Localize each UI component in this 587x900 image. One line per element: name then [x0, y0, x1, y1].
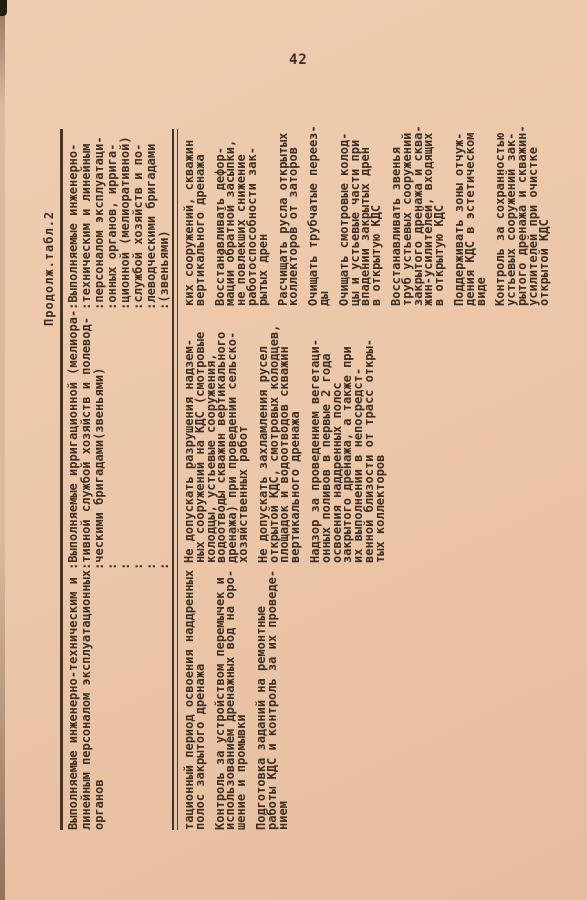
- table-cell-paragraph: Расчищать русла открытыхколлекторов от з…: [278, 124, 300, 306]
- table-top-rule: [60, 129, 63, 830]
- header-separator-rule: [172, 129, 178, 830]
- table-cell-paragraph: Контроль за сохранностьюустьевых сооруже…: [495, 124, 549, 306]
- scan-edge-shadow: [0, 0, 5, 900]
- table-continuation-label-wrap: Продолж.табл.2: [42, 204, 60, 326]
- table-cell-paragraph: Не допускать разрушения надзем-ных соору…: [184, 307, 249, 563]
- table-cell-paragraph: Подготовка заданий на ремонтныеработы КД…: [256, 568, 288, 830]
- table-cell-paragraph: ких сооружений, скважинвертикального дре…: [184, 124, 206, 306]
- table-cell-paragraph: Восстанавливать дефор-мации обратной зас…: [215, 124, 269, 306]
- table-cell-paragraph: тационный период освоения наддренныхполо…: [184, 568, 206, 830]
- table-column-joint-duties: ких сооружений, скважинвертикального дре…: [184, 124, 558, 306]
- table-cell-paragraph: Не допускать захламления руселоткрытой К…: [258, 307, 301, 563]
- table-column-irrigation-service: Не допускать разрушения надзем-ных соору…: [184, 307, 395, 563]
- table-cell-paragraph: Поддерживать зоны отчуж-дения КДС в эсте…: [454, 124, 486, 306]
- table-cell-paragraph: Очищать смотровые колод-цы и устьевые ча…: [339, 124, 382, 306]
- table-cell-paragraph: Очищать трубчатые переез-ды: [308, 124, 330, 306]
- table-header-row: Выполняемые инженерно-техническим и :Вып…: [67, 136, 171, 830]
- rotated-table: Выполняемые инженерно-техническим и :Вып…: [60, 127, 557, 830]
- table-cell-paragraph: Контроль за устройством перемычек ииспол…: [215, 568, 247, 830]
- table-continuation-label: Продолж.табл.2: [42, 204, 60, 326]
- page-number: 42: [289, 52, 308, 68]
- table-cell-paragraph: Надзор за проведением вегетаци-онных пол…: [310, 307, 386, 563]
- table-cell-paragraph: Восстанавливать звеньятруб устьевых соор…: [391, 124, 445, 306]
- table-column-exploitation-staff: тационный период освоения наддренныхполо…: [184, 568, 297, 830]
- scan-corner-artifact: [0, 0, 7, 16]
